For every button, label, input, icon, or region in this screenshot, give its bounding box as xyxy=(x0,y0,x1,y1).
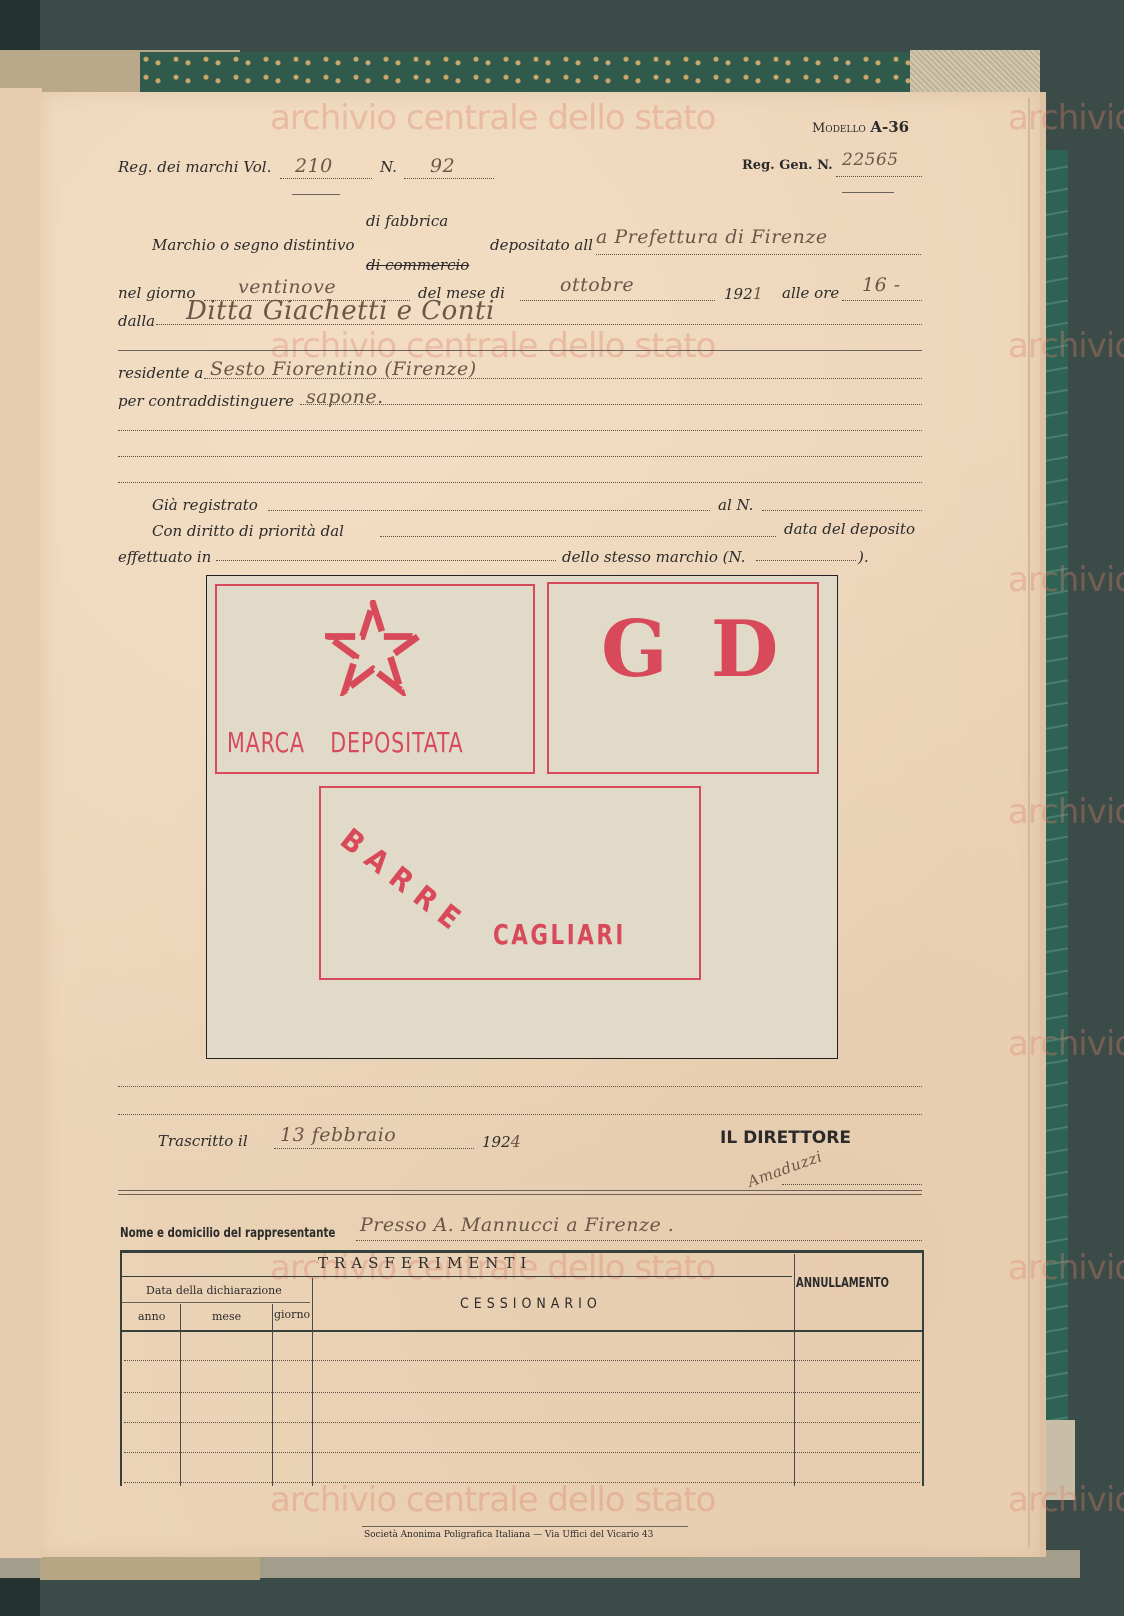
trascritto-label: Trascritto il xyxy=(158,1132,248,1150)
priorita-line xyxy=(380,536,776,537)
reg-marchi-n-label: N. xyxy=(380,158,397,176)
table-row xyxy=(124,1482,920,1483)
rule xyxy=(842,192,894,193)
trascritto-value: 13 febbraio xyxy=(280,1124,396,1146)
stesso-marchio-label: dello stesso marchio (N. xyxy=(562,548,745,566)
dalla-value: Ditta Giachetti e Conti xyxy=(186,296,495,326)
barre-text: BARRE xyxy=(333,822,474,943)
year-prefix: 192 xyxy=(482,1133,511,1151)
blank-line xyxy=(118,1086,922,1087)
effettuato-label: effettuato in xyxy=(118,548,211,566)
mese-value: ottobre xyxy=(560,274,634,296)
table-row xyxy=(124,1392,920,1393)
table-header-rule xyxy=(122,1330,922,1332)
cagliari-text: CAGLIARI xyxy=(493,918,626,951)
direttore-label: IL DIRETTORE xyxy=(720,1128,851,1148)
footer-rule xyxy=(362,1526,688,1527)
annullamento-header: ANNULLAMENTO xyxy=(796,1276,889,1291)
blank-line xyxy=(118,1114,922,1115)
date-subheader-rule xyxy=(122,1302,310,1303)
table-top-rule xyxy=(120,1250,924,1253)
depositato-line xyxy=(596,254,921,255)
blank-line xyxy=(118,430,922,431)
reg-gen-label: Reg. Gen. N. xyxy=(742,158,833,173)
residente-label: residente a xyxy=(118,364,203,382)
reg-marchi-vol-value: 210 xyxy=(295,155,333,177)
stesso-marchio-line xyxy=(756,560,856,561)
left-page-edge xyxy=(0,88,43,1558)
rule xyxy=(292,194,340,195)
reg-marchi-label: Reg. dei marchi Vol. xyxy=(118,158,271,176)
col-mese: mese xyxy=(212,1310,241,1323)
anno-field: 1921 xyxy=(724,284,763,303)
giorno-label: nel giorno xyxy=(118,284,195,302)
effettuato-line xyxy=(216,560,556,561)
table-title-rule xyxy=(122,1276,792,1277)
trademark-specimen-area: MARCA DEPOSITATA G D BARRE CAGLIARI xyxy=(206,575,838,1059)
reg-gen-value: 22565 xyxy=(842,150,899,170)
depositato-label: depositato all xyxy=(490,236,593,254)
trasferimenti-title: TRASFERIMENTI xyxy=(318,1254,532,1272)
depositato-value: a Prefettura di Firenze xyxy=(596,226,828,248)
dalla-label: dalla xyxy=(118,312,155,330)
marca-depositata-text: MARCA DEPOSITATA xyxy=(227,726,463,759)
double-rule xyxy=(118,1194,922,1195)
model-label-text: Modello xyxy=(812,121,866,136)
book-cover-marbled-top xyxy=(140,52,960,96)
monogram-text: G D xyxy=(601,604,786,695)
col-separator xyxy=(272,1304,273,1486)
gia-registrato-label: Già registrato xyxy=(152,496,258,514)
col-anno: anno xyxy=(138,1310,165,1323)
reg-gen-line xyxy=(836,176,922,177)
stesso-marchio-close: ). xyxy=(858,548,869,566)
contraddistinguere-label: per contraddistinguere xyxy=(118,392,294,410)
mese-line xyxy=(520,300,715,301)
stamp-barre-cagliari: BARRE CAGLIARI xyxy=(319,786,701,980)
blank-line xyxy=(118,456,922,457)
model-label: Modello A-36 xyxy=(812,118,909,136)
ore-label: alle ore xyxy=(782,284,839,302)
reg-marchi-vol-line xyxy=(280,178,372,179)
contraddistinguere-line xyxy=(300,404,922,405)
col-separator xyxy=(180,1304,181,1486)
anno-prefix: 192 xyxy=(724,285,753,303)
option-commercio: di commercio xyxy=(366,256,469,274)
anno-suffix: 1 xyxy=(753,284,764,303)
col-giorno: giorno xyxy=(274,1308,310,1321)
star-icon xyxy=(325,600,421,696)
contraddistinguere-value: sapone. xyxy=(306,386,384,408)
rappresentante-value: Presso A. Mannucci a Firenze . xyxy=(360,1214,674,1236)
trascritto-year: 1924 xyxy=(482,1132,521,1151)
col-separator xyxy=(312,1278,313,1486)
rule xyxy=(118,350,922,351)
al-n-label: al N. xyxy=(718,496,753,514)
page-margin-rule xyxy=(1028,98,1030,1548)
ore-value: 16 - xyxy=(862,274,901,296)
trascritto-line xyxy=(274,1148,474,1149)
model-code: A-36 xyxy=(870,118,909,136)
option-fabbrica: di fabbrica xyxy=(366,212,448,230)
priorita-label: Con diritto di priorità dal xyxy=(152,522,344,540)
al-n-line xyxy=(762,510,922,511)
reg-marchi-n-value: 92 xyxy=(430,155,455,177)
stamp-marca-depositata: MARCA DEPOSITATA xyxy=(215,584,535,774)
data-deposito-label: data del deposito xyxy=(784,520,915,538)
residente-value: Sesto Fiorentino (Firenze) xyxy=(210,358,477,380)
double-rule xyxy=(118,1190,922,1191)
stamp-monogram: G D xyxy=(547,582,819,774)
rappresentante-line xyxy=(356,1240,922,1241)
gia-registrato-line xyxy=(268,510,710,511)
marchio-label: Marchio o segno distintivo xyxy=(152,236,354,254)
table-row xyxy=(124,1422,920,1423)
printer-imprint: Società Anonima Poligrafica Italiana — V… xyxy=(364,1530,653,1540)
year-suffix: 4 xyxy=(511,1132,522,1151)
cessionario-header: CESSIONARIO xyxy=(460,1296,602,1312)
date-group-header: Data della dichiarazione xyxy=(146,1284,282,1297)
table-left-border xyxy=(120,1250,122,1486)
blank-line xyxy=(118,482,922,483)
rappresentante-label: Nome e domicilio del rappresentante xyxy=(120,1226,335,1241)
signature-line xyxy=(782,1184,922,1185)
table-row xyxy=(124,1360,920,1361)
giorno-value: ventinove xyxy=(238,276,336,298)
reg-marchi-n-line xyxy=(404,178,494,179)
table-row xyxy=(124,1452,920,1453)
table-right-border xyxy=(922,1250,924,1486)
ore-line xyxy=(842,300,922,301)
